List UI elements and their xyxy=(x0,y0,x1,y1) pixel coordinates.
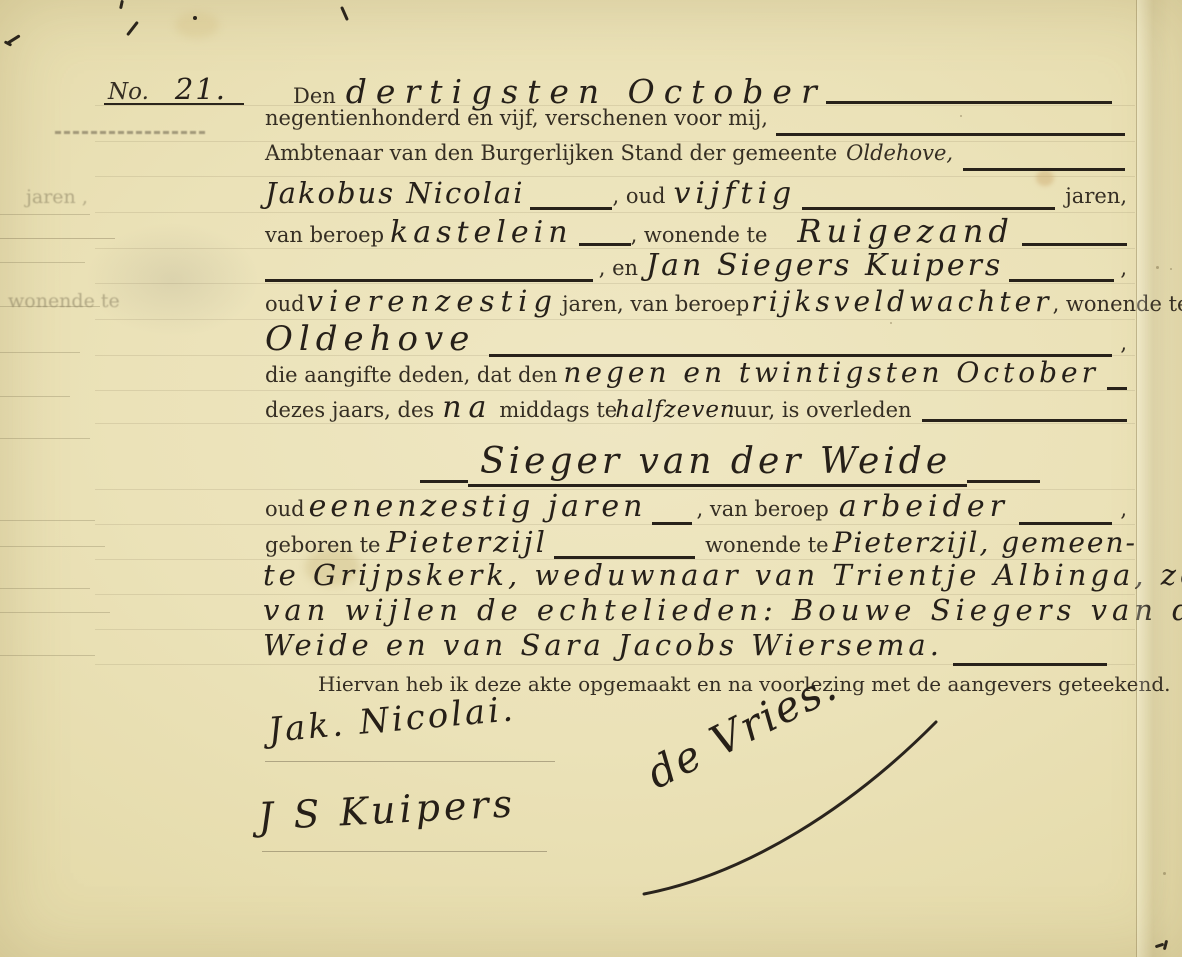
signature-baseline xyxy=(262,851,547,852)
signature-baseline xyxy=(265,761,555,762)
akte-line-parents2: Weide en van Sara Jacobs Wiersema. xyxy=(263,628,1135,672)
akte-line-declarant1: Jakobus Nicolai , oud vijftig jaren, xyxy=(265,176,1127,216)
margin-stub xyxy=(0,546,105,547)
fill-line xyxy=(420,480,468,483)
handwritten-death-date: negen en twintigsten October xyxy=(563,356,1099,389)
fill-line xyxy=(530,207,612,210)
printed-oud-label: , oud xyxy=(612,184,665,208)
fill-line xyxy=(1022,243,1127,246)
printed-den: Den xyxy=(293,84,336,108)
margin-stub xyxy=(0,612,110,613)
margin-stub xyxy=(0,438,90,439)
margin-stub xyxy=(0,396,70,397)
fill-line xyxy=(967,480,1040,483)
printed-comma: , xyxy=(1120,256,1127,280)
margin-stub xyxy=(0,214,90,215)
margin-stub xyxy=(0,262,85,263)
printed-comma: , xyxy=(1120,331,1127,355)
smudged-line xyxy=(55,131,205,134)
ink-smudge xyxy=(85,222,260,337)
paper-stain xyxy=(175,12,219,38)
akte-line-declarant2-details: oud vierenzestig jaren, van beroep rijks… xyxy=(265,284,1127,324)
page-edge xyxy=(1136,0,1182,957)
printed-comma: , xyxy=(1120,497,1127,521)
printed-wonende-label: wonende te xyxy=(705,533,829,557)
bleed-through-text: jaren , xyxy=(26,186,88,208)
signature-declarant2: J S Kuipers xyxy=(257,781,517,838)
printed-jaren-label: jaren, xyxy=(1065,184,1127,208)
ink-mark xyxy=(119,0,124,9)
handwritten-declarant1-residence: Ruigezand xyxy=(797,212,1013,250)
handwritten-mother-text: Weide en van Sara Jacobs Wiersema. xyxy=(263,628,943,662)
printed-geboren-label: geboren te xyxy=(265,533,381,557)
handwritten-birthplace: Pieterzijl xyxy=(387,525,548,559)
handwritten-deceased-age: eenenzestig jaren xyxy=(309,489,647,524)
printed-oud-label: oud xyxy=(265,497,305,521)
printed-municipality-name: Oldehove, xyxy=(846,141,953,165)
margin-stub xyxy=(0,655,95,656)
printed-en-label: , en xyxy=(599,256,638,280)
akte-line-deceased-name: Sieger van der Weide xyxy=(420,441,1040,489)
fill-line xyxy=(953,663,1107,666)
printed-dezes-jaars: dezes jaars, des xyxy=(265,398,434,422)
printed-aangifte-text: die aangifte deden, dat den xyxy=(265,363,557,387)
handwritten-na-voor: na xyxy=(442,390,493,425)
handwritten-declarant2-age: vierenzestig xyxy=(307,284,558,318)
ink-mark xyxy=(193,16,197,20)
printed-jaren-beroep-label: jaren, van beroep xyxy=(562,292,749,316)
fill-line xyxy=(579,243,631,246)
fill-line xyxy=(802,207,1055,210)
akte-line-year: negentienhonderd en vijf, verschenen voo… xyxy=(265,106,1125,142)
act-number-label: No. xyxy=(108,79,149,105)
margin-stub xyxy=(0,352,80,353)
printed-closing-text: Hiervan heb ik deze akte opgemaakt en na… xyxy=(318,672,1171,696)
fill-line xyxy=(963,168,1125,171)
handwritten-deceased-residence: Pieterzijl, gemeen- xyxy=(833,526,1137,559)
handwritten-declarant2-occupation: rijksveldwachter xyxy=(751,285,1052,318)
handwritten-hour: halfzeven xyxy=(615,397,736,423)
fill-line xyxy=(922,419,1127,422)
akte-line-death-time: dezes jaars, des na middags te halfzeven… xyxy=(265,390,1127,428)
printed-uur-overleden: uur, is overleden xyxy=(734,398,912,422)
margin-stub xyxy=(0,588,90,589)
printed-wonende-label: , wonende te xyxy=(631,223,768,247)
akte-line-declarant1-occupation: van beroep kastelein , wonende te Ruigez… xyxy=(265,212,1127,252)
margin-stub xyxy=(0,238,115,239)
act-number-underline xyxy=(104,103,244,105)
fill-line xyxy=(826,101,1112,104)
ink-mark xyxy=(340,6,349,21)
fill-line xyxy=(265,279,593,282)
fill-line xyxy=(776,133,1125,136)
act-number-value: 21. xyxy=(175,72,227,106)
ink-mark xyxy=(126,21,139,36)
printed-official-text: Ambtenaar van den Burgerlijken Stand der… xyxy=(265,141,837,165)
handwritten-deceased-name: Sieger van der Weide xyxy=(468,441,967,487)
handwritten-declarant2-residence: Oldehove xyxy=(265,319,475,359)
handwritten-widower-text: te Grijpskerk, weduwnaar van Trientje Al… xyxy=(263,558,1182,592)
handwritten-declarant2-name: Jan Siegers Kuipers xyxy=(646,248,1003,283)
printed-beroep-label: van beroep xyxy=(265,223,384,247)
handwritten-deceased-occupation: arbeider xyxy=(839,489,1009,524)
handwritten-declarant1-name: Jakobus Nicolai xyxy=(265,176,524,210)
handwritten-declarant1-occupation: kastelein xyxy=(390,215,573,250)
handwritten-parents-text: van wijlen de echtelieden: Bouwe Siegers… xyxy=(263,593,1182,627)
akte-line-declarant2: , en Jan Siegers Kuipers , xyxy=(265,248,1127,288)
akte-line-date: Den dertigsten October xyxy=(293,72,1112,110)
fill-line xyxy=(1009,279,1114,282)
printed-year-text: negentienhonderd en vijf, verschenen voo… xyxy=(265,106,768,130)
death-certificate-scan: jaren , wonende te No. 21. Den dertigste… xyxy=(0,0,1182,957)
akte-line-official: Ambtenaar van den Burgerlijken Stand der… xyxy=(265,141,1125,177)
margin-stub xyxy=(0,520,95,521)
handwritten-declarant1-age: vijftig xyxy=(673,176,796,211)
printed-beroep-label: , van beroep xyxy=(696,497,828,521)
printed-middags-te: middags te xyxy=(499,398,617,422)
printed-oud-label: oud xyxy=(265,292,305,316)
